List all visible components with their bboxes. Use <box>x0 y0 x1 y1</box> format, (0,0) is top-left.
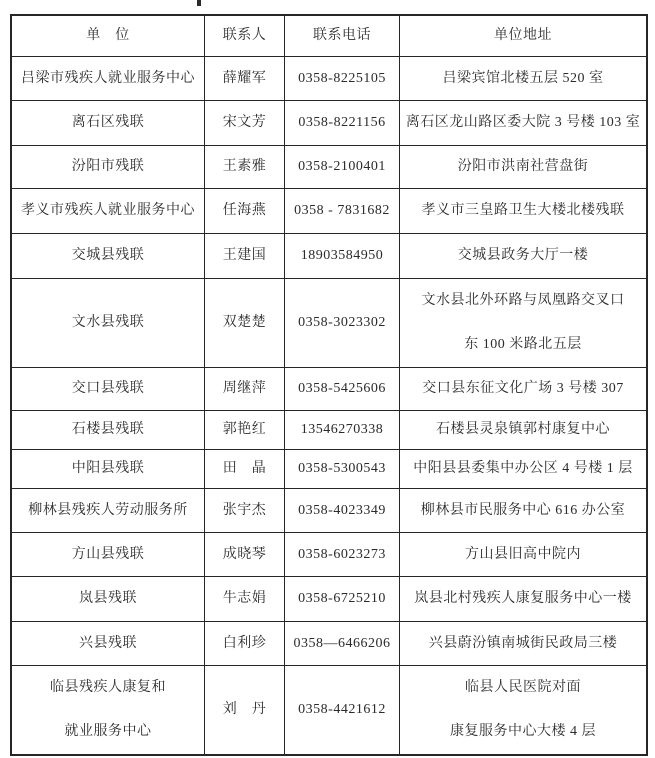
phone-cell: 0358-5425606 <box>285 368 400 411</box>
unit-cell: 方山县残联 <box>12 533 205 577</box>
table-row: 汾阳市残联 王素雅 0358-2100401 汾阳市洪南社营盘街 <box>12 146 646 189</box>
unit-cell: 柳林县残疾人劳动服务所 <box>12 489 205 533</box>
address-cell: 文水县北外环路与凤凰路交叉口 东 100 米路北五层 <box>400 279 646 368</box>
cropped-text-fragment <box>197 0 201 6</box>
contact-cell: 白利珍 <box>205 622 285 666</box>
unit-cell: 离石区残联 <box>12 101 205 146</box>
contact-cell: 宋文芳 <box>205 101 285 146</box>
unit-cell: 吕梁市残疾人就业服务中心 <box>12 57 205 101</box>
address-cell: 中阳县县委集中办公区 4 号楼 1 层 <box>400 450 646 489</box>
col-header-address: 单位地址 <box>400 16 646 57</box>
phone-cell: 0358-4023349 <box>285 489 400 533</box>
address-cell: 柳林县市民服务中心 616 办公室 <box>400 489 646 533</box>
unit-cell: 临县残疾人康复和 就业服务中心 <box>12 666 205 754</box>
table-row: 离石区残联 宋文芳 0358-8221156 离石区龙山路区委大院 3 号楼 1… <box>12 101 646 146</box>
table-row: 孝义市残疾人就业服务中心 任海燕 0358 - 7831682 孝义市三皇路卫生… <box>12 189 646 234</box>
table-row: 交口县残联 周继萍 0358-5425606 交口县东征文化广场 3 号楼 30… <box>12 368 646 411</box>
unit-cell: 孝义市残疾人就业服务中心 <box>12 189 205 234</box>
col-header-unit: 单 位 <box>12 16 205 57</box>
contact-table: 单 位 联系人 联系电话 单位地址 吕梁市残疾人就业服务中心 薛耀军 0358-… <box>10 14 648 756</box>
table-row: 柳林县残疾人劳动服务所 张宇杰 0358-4023349 柳林县市民服务中心 6… <box>12 489 646 533</box>
unit-cell: 汾阳市残联 <box>12 146 205 189</box>
contact-cell: 张宇杰 <box>205 489 285 533</box>
table-header-row: 单 位 联系人 联系电话 单位地址 <box>12 16 646 57</box>
address-cell: 离石区龙山路区委大院 3 号楼 103 室 <box>400 101 646 146</box>
phone-cell: 0358 - 7831682 <box>285 189 400 234</box>
contact-cell: 田 晶 <box>205 450 285 489</box>
address-cell: 岚县北村残疾人康复服务中心一楼 <box>400 577 646 622</box>
table-row: 方山县残联 成晓琴 0358-6023273 方山县旧高中院内 <box>12 533 646 577</box>
unit-cell: 兴县残联 <box>12 622 205 666</box>
phone-cell: 0358-6023273 <box>285 533 400 577</box>
phone-cell: 0358-4421612 <box>285 666 400 754</box>
table-row: 岚县残联 牛志娟 0358-6725210 岚县北村残疾人康复服务中心一楼 <box>12 577 646 622</box>
address-cell: 吕梁宾馆北楼五层 520 室 <box>400 57 646 101</box>
table-row: 兴县残联 白利珍 0358—6466206 兴县蔚汾镇南城街民政局三楼 <box>12 622 646 666</box>
contact-cell: 王素雅 <box>205 146 285 189</box>
phone-cell: 0358-5300543 <box>285 450 400 489</box>
phone-cell: 0358-8225105 <box>285 57 400 101</box>
address-cell: 石楼县灵泉镇郭村康复中心 <box>400 411 646 450</box>
unit-cell: 岚县残联 <box>12 577 205 622</box>
contact-cell: 周继萍 <box>205 368 285 411</box>
address-cell: 交口县东征文化广场 3 号楼 307 <box>400 368 646 411</box>
table-row: 吕梁市残疾人就业服务中心 薛耀军 0358-8225105 吕梁宾馆北楼五层 5… <box>12 57 646 101</box>
unit-cell: 交城县残联 <box>12 234 205 279</box>
unit-cell: 石楼县残联 <box>12 411 205 450</box>
contact-cell: 薛耀军 <box>205 57 285 101</box>
col-header-contact: 联系人 <box>205 16 285 57</box>
table-row: 临县残疾人康复和 就业服务中心 刘 丹 0358-4421612 临县人民医院对… <box>12 666 646 754</box>
address-cell: 汾阳市洪南社营盘街 <box>400 146 646 189</box>
phone-cell: 13546270338 <box>285 411 400 450</box>
phone-cell: 0358—6466206 <box>285 622 400 666</box>
address-cell: 兴县蔚汾镇南城街民政局三楼 <box>400 622 646 666</box>
phone-cell: 0358-8221156 <box>285 101 400 146</box>
table-row: 文水县残联 双楚楚 0358-3023302 文水县北外环路与凤凰路交叉口 东 … <box>12 279 646 368</box>
col-header-phone: 联系电话 <box>285 16 400 57</box>
table-row: 中阳县残联 田 晶 0358-5300543 中阳县县委集中办公区 4 号楼 1… <box>12 450 646 489</box>
address-cell: 方山县旧高中院内 <box>400 533 646 577</box>
phone-cell: 0358-2100401 <box>285 146 400 189</box>
contact-cell: 刘 丹 <box>205 666 285 754</box>
table-row: 交城县残联 王建国 18903584950 交城县政务大厅一楼 <box>12 234 646 279</box>
address-cell: 临县人民医院对面 康复服务中心大楼 4 层 <box>400 666 646 754</box>
address-cell: 孝义市三皇路卫生大楼北楼残联 <box>400 189 646 234</box>
unit-cell: 中阳县残联 <box>12 450 205 489</box>
unit-cell: 交口县残联 <box>12 368 205 411</box>
contact-cell: 牛志娟 <box>205 577 285 622</box>
contact-cell: 任海燕 <box>205 189 285 234</box>
contact-cell: 双楚楚 <box>205 279 285 368</box>
contact-cell: 王建国 <box>205 234 285 279</box>
phone-cell: 0358-6725210 <box>285 577 400 622</box>
contact-cell: 郭艳红 <box>205 411 285 450</box>
address-cell: 交城县政务大厅一楼 <box>400 234 646 279</box>
unit-cell: 文水县残联 <box>12 279 205 368</box>
contact-cell: 成晓琴 <box>205 533 285 577</box>
phone-cell: 18903584950 <box>285 234 400 279</box>
table-row: 石楼县残联 郭艳红 13546270338 石楼县灵泉镇郭村康复中心 <box>12 411 646 450</box>
phone-cell: 0358-3023302 <box>285 279 400 368</box>
